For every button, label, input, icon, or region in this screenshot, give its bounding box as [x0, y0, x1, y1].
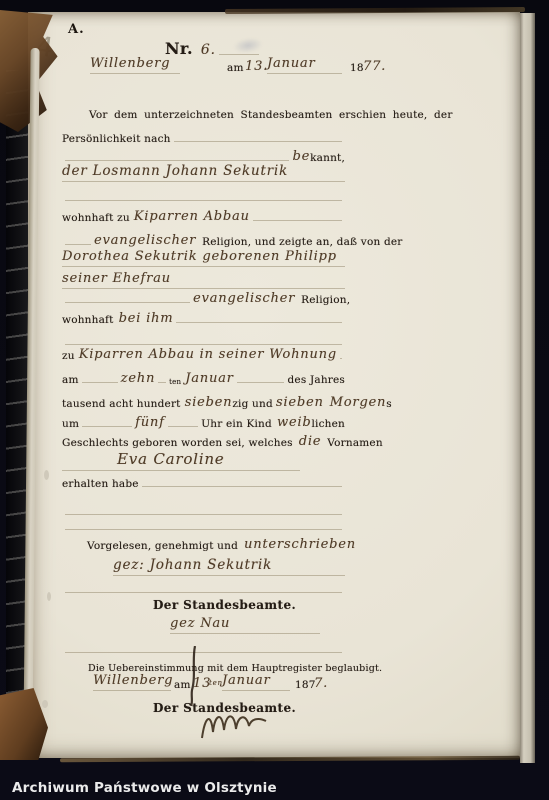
birthplace-hand: Kiparren Abbau in seiner Wohnung	[79, 347, 337, 362]
time-line: um fünf Uhr ein Kind weib lichen	[62, 414, 345, 430]
declarant-signature-line: gez: Johann Sekutrik	[113, 557, 345, 576]
register-page: A. 4 Nr. 6. Willenberg am 13. Januar 18 …	[28, 12, 520, 758]
uhr-printed: Uhr ein Kind	[201, 418, 272, 430]
blank-rule-3	[62, 502, 345, 518]
ink-stroke	[188, 646, 200, 706]
cert-ten-suffix: ten	[209, 679, 223, 687]
closing-line: Vorgelesen, genehmigt und unterschrieben	[62, 536, 345, 552]
cert-place-hand: Willenberg	[93, 673, 171, 691]
paper-fleck	[47, 592, 51, 601]
religion2-printed: Religion,	[301, 294, 350, 306]
form-letter: A.	[68, 22, 85, 37]
registrar-signature-line: gez Nau	[170, 615, 320, 634]
birth-month-hand: Januar	[185, 371, 233, 386]
hour-hand: fünf	[135, 415, 165, 430]
cert-year-hand: 7.	[314, 676, 328, 691]
paper-fleck	[42, 700, 48, 708]
residence-hand: Kiparren Abbau	[134, 209, 250, 224]
place-hand: Willenberg	[90, 56, 180, 74]
vornamen-printed: Vornamen	[327, 437, 383, 449]
registrar-title-1: Der Standesbeamte.	[153, 596, 296, 612]
registrar-signature: gez Nau	[170, 616, 230, 631]
am-label: am	[227, 62, 244, 74]
declarant-hand: der Losmann Johann Sekutrik	[62, 163, 288, 179]
blank-rule-4	[62, 517, 345, 533]
birthplace-line: zu Kiparren Abbau in seiner Wohnung	[62, 346, 345, 362]
mother-hand: Dorothea Sekutrik geborenen Philipp	[62, 249, 337, 264]
paper-fleck	[44, 470, 49, 480]
identity-line: Persönlichkeit nach	[62, 129, 345, 145]
sex-line: Geschlechts geboren worden sei, welches …	[62, 433, 345, 449]
child-name-hand: Eva Caroline	[117, 450, 225, 468]
year-line: tausend acht hundert sieben zig und sieb…	[62, 394, 345, 410]
article-hand: die	[299, 434, 322, 449]
top-dateline: Willenberg am 13. Januar 18 77.	[62, 58, 382, 74]
scanned-register-photo: { "archive_watermark": "Archiwum Państwo…	[0, 0, 549, 800]
year-label: des Jahres	[287, 374, 345, 386]
next-page-edge	[520, 13, 535, 763]
lichen-suffix: lichen	[311, 418, 345, 430]
um-label: um	[62, 418, 79, 430]
closing-hand: unterschrieben	[244, 537, 356, 552]
archive-watermark: Archiwum Państwowe w Olsztynie	[12, 780, 277, 796]
birth-day-hand: zehn	[121, 371, 156, 386]
unit-hand: sieben	[276, 395, 324, 410]
rule	[176, 321, 342, 323]
religion1-line: evangelischer Religion, und zeigte an, d…	[62, 232, 345, 248]
s-suffix: s	[386, 398, 392, 410]
rule	[65, 159, 289, 161]
religion2-hand: evangelischer	[193, 291, 295, 306]
signature-flourish	[196, 704, 274, 748]
rule	[65, 301, 190, 303]
rule	[65, 243, 91, 245]
religion2-line: evangelischer Religion,	[62, 290, 345, 306]
rule	[219, 53, 259, 55]
nr-value: 6.	[201, 42, 216, 58]
residence2-hand: bei ihm	[119, 311, 174, 326]
blank-rule-6	[62, 640, 345, 656]
time-hand: Morgen	[330, 395, 387, 410]
zig-und: zig und	[232, 398, 273, 410]
residence-line: wohnhaft zu Kiparren Abbau	[62, 208, 345, 224]
cert-year-printed: 187	[295, 679, 316, 691]
birthplace-label: zu	[62, 350, 75, 362]
declarant-signature: gez: Johann Sekutrik	[113, 557, 272, 573]
declarant-line: der Losmann Johann Sekutrik	[62, 163, 345, 182]
relation-line: seiner Ehefrau	[62, 270, 345, 289]
intro-line: Vor dem unterzeichneten Standesbeamten e…	[62, 105, 345, 121]
blank-rule-1	[62, 188, 345, 204]
sex-hand: weib	[277, 415, 312, 430]
cert-dateline: Willenberg am 13 ten Januar 187 7.	[62, 675, 362, 691]
closing-printed: Vorgelesen, genehmigt und	[87, 540, 238, 552]
erhalten-line: erhalten habe	[62, 474, 345, 490]
residence2-line: wohnhaft bei ihm	[62, 310, 345, 326]
day-hand: 13.	[245, 59, 268, 74]
known-hand: be	[292, 149, 310, 164]
certification-line: Die Uebereinstimmung mit dem Hauptregist…	[88, 658, 382, 674]
decade-hand: sieben	[185, 395, 233, 410]
religion1-printed: Religion, und zeigte an, daß von der	[202, 236, 402, 248]
mother-line: Dorothea Sekutrik geborenen Philipp	[62, 248, 345, 267]
cert-month-hand: Januar	[222, 673, 290, 691]
year-printed: 18	[350, 62, 364, 74]
child-name-line: Eva Caroline	[62, 452, 300, 471]
residence-label: wohnhaft zu	[62, 212, 130, 224]
rule	[340, 357, 342, 359]
known-line: be kannt,	[62, 148, 345, 164]
birthdate-line: am zehn ten Januar des Jahres	[62, 370, 345, 386]
record-number-line: Nr. 6.	[165, 42, 275, 58]
rule	[174, 140, 342, 142]
am-label: am	[62, 374, 79, 386]
year-hand: 77.	[363, 59, 386, 74]
month-hand: Januar	[267, 56, 342, 74]
blank-rule-5	[62, 580, 345, 596]
relation-hand: seiner Ehefrau	[62, 271, 171, 286]
religion1-hand: evangelischer	[94, 233, 196, 248]
rule	[253, 219, 342, 221]
ten-suffix: ten	[169, 378, 181, 386]
residence2-label: wohnhaft	[62, 314, 114, 326]
